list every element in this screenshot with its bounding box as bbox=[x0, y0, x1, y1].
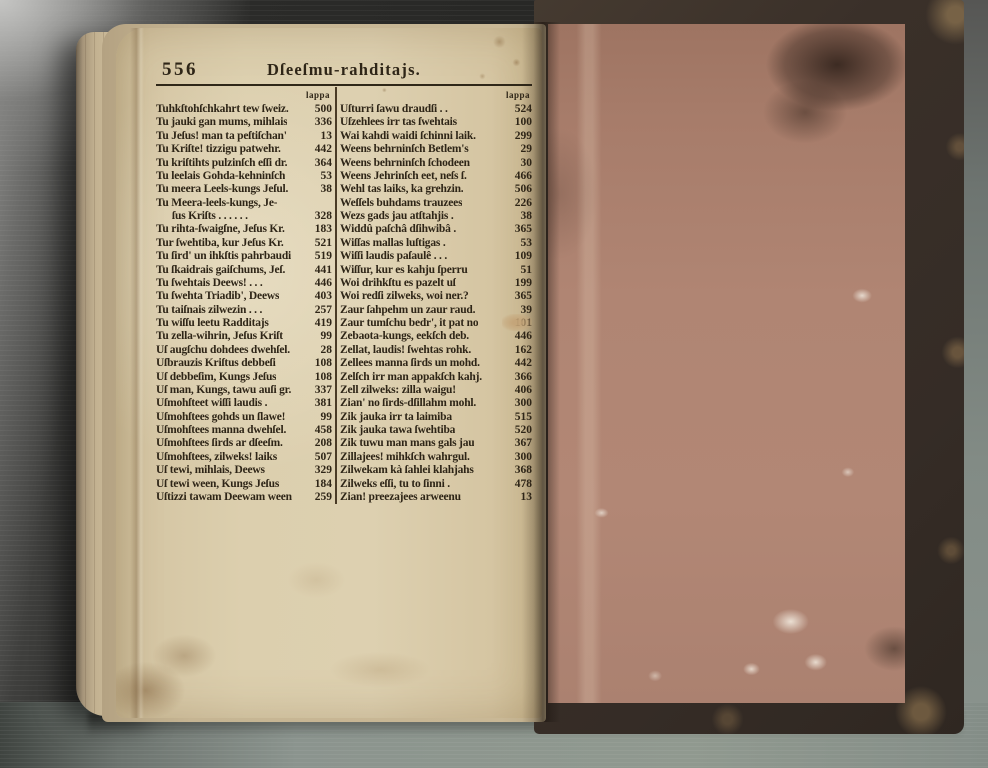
book-page: 556 Dſeeſmu-rahditajs. lappa Tuhkſtohſch… bbox=[116, 28, 542, 718]
entry-title: Uſmohſtees, zilweks! laiks bbox=[156, 451, 277, 464]
entry-page-number: 458 bbox=[309, 424, 332, 437]
entry-title: Zelſch irr man appakſch kahj. bbox=[340, 371, 482, 384]
inside-cover-paper bbox=[548, 24, 905, 703]
entry-title: Zaur tumſchu bedr', it pat no bbox=[340, 317, 478, 330]
entry-title: Weens behrninſch ſchodeen bbox=[340, 157, 470, 170]
entry-title: Uſmohſtees manna dwehſel. bbox=[156, 424, 286, 437]
index-column-right: lappa Uſturri ſawu draudſi . .524Uſzehle… bbox=[340, 87, 532, 504]
entry-title: Wiſſas mallas luſtigas . bbox=[340, 237, 446, 250]
index-entry: Zilwekam kà ſahlei klahjahs368 bbox=[340, 464, 532, 477]
book-gutter-shadow bbox=[522, 22, 560, 722]
index-entry: Tu meera Leels-kungs Jeſul.38 bbox=[156, 183, 332, 196]
entry-title: Woi drihkſtu es pazelt uſ bbox=[340, 277, 456, 290]
page-header: 556 Dſeeſmu-rahditajs. bbox=[156, 58, 532, 82]
entry-page-number: 507 bbox=[309, 451, 332, 464]
entry-title: Wai kahdi waidi ſchinni laik. bbox=[340, 130, 476, 143]
index-entry: Wai kahdi waidi ſchinni laik.299 bbox=[340, 130, 532, 143]
index-entry: Tu ſwehta Triadib', Deews403 bbox=[156, 290, 332, 303]
entry-title: Uſ debbeſim, Kungs Jeſus bbox=[156, 371, 276, 384]
entry-title: Uſturri ſawu draudſi . . bbox=[340, 103, 448, 116]
index-entry: Tu Jeſus! man ta peſtiſchan'13 bbox=[156, 130, 332, 143]
entries-right: Uſturri ſawu draudſi . .524Uſzehlees irr… bbox=[340, 103, 532, 504]
index-entry: Zik jauka tawa ſwehtiba520 bbox=[340, 424, 532, 437]
index-entry: Zik tuwu man mans gals jau367 bbox=[340, 437, 532, 450]
entry-title: Zebaota-kungs, eekſch deb. bbox=[340, 330, 469, 343]
index-entry: Tuhkſtohſchkahrt tew ſweiz.500 bbox=[156, 103, 332, 116]
entry-page-number: 521 bbox=[309, 237, 332, 250]
index-entry: Uſtizzi tawam Deewam ween259 bbox=[156, 491, 332, 504]
index-entry: Tu taiſnais zilwezin . . .257 bbox=[156, 304, 332, 317]
index-entry: Weſſels buhdams trauzees226 bbox=[340, 197, 532, 210]
entry-title: Weens behrninſch Betlem's bbox=[340, 143, 469, 156]
header-rule bbox=[156, 84, 532, 86]
column-header-lappa-left: lappa bbox=[156, 87, 332, 101]
index-entry: Zilweks eſſi, tu to ſinni .478 bbox=[340, 478, 532, 491]
entry-page-number: 337 bbox=[309, 384, 332, 397]
entry-page-number: 500 bbox=[309, 103, 332, 116]
entry-page-number: 419 bbox=[309, 317, 332, 330]
entry-title: Zilwekam kà ſahlei klahjahs bbox=[340, 464, 474, 477]
stain bbox=[502, 314, 532, 331]
entry-page-number: 446 bbox=[309, 277, 332, 290]
index-entry: Uſmohſtees, zilweks! laiks507 bbox=[156, 451, 332, 464]
index-entry: Uſ tewi ween, Kungs Jeſus184 bbox=[156, 478, 332, 491]
entry-page-number: 328 bbox=[309, 210, 332, 223]
entry-title: Uſzehlees irr tas ſwehtais bbox=[340, 116, 457, 129]
entry-page-number: 336 bbox=[309, 116, 332, 129]
page-number: 556 bbox=[162, 58, 198, 82]
page-content: 556 Dſeeſmu-rahditajs. lappa Tuhkſtohſch… bbox=[156, 58, 532, 504]
entry-title: Uſmohſteet wiſſi laudis . bbox=[156, 397, 267, 410]
index-entry: Uſturri ſawu draudſi . .524 bbox=[340, 103, 532, 116]
index-entry: Weens Jehrinſch eet, neſs ſ.466 bbox=[340, 170, 532, 183]
entry-page-number: 381 bbox=[309, 397, 332, 410]
index-entry: Uſ debbeſim, Kungs Jeſus108 bbox=[156, 371, 332, 384]
entry-title: Zellees manna ſirds un mohd. bbox=[340, 357, 480, 370]
entry-title: Uſmohſtees gohds un ſlawe! bbox=[156, 411, 285, 424]
entry-title: Tur ſwehtiba, kur Jeſus Kr. bbox=[156, 237, 284, 250]
entry-title: Uſ tewi ween, Kungs Jeſus bbox=[156, 478, 279, 491]
index-entry: Tu rihta-ſwaigſne, Jeſus Kr.183 bbox=[156, 223, 332, 236]
entry-page-number: 99 bbox=[309, 330, 332, 343]
entry-title: Widdû paſchâ dſihwibâ . bbox=[340, 223, 456, 236]
index-entry: Tu ſwehtais Deews! . . .446 bbox=[156, 277, 332, 290]
entry-title: Zilweks eſſi, tu to ſinni . bbox=[340, 478, 450, 491]
entry-page-number: 184 bbox=[309, 478, 332, 491]
index-entry: Uſmohſtees ſirds ar dſeeſm.208 bbox=[156, 437, 332, 450]
index-entry: Woi redſi zilweks, woi ner.?365 bbox=[340, 290, 532, 303]
entry-title: Zillajees! mihkſch wahrgul. bbox=[340, 451, 470, 464]
index-entry: Zian' no ſirds-dſillahm mohl.300 bbox=[340, 397, 532, 410]
entry-title: Tu leelais Gohda-kehninſch bbox=[156, 170, 285, 183]
entry-title: Zik tuwu man mans gals jau bbox=[340, 437, 474, 450]
index-entry: Tu Meera-leels-kungs, Je- bbox=[156, 197, 332, 210]
index-entry: Uſmohſtees manna dwehſel.458 bbox=[156, 424, 332, 437]
entries-left: Tuhkſtohſchkahrt tew ſweiz.500Tu jauki g… bbox=[156, 103, 332, 504]
entry-title: Wehl tas laiks, ka grehzin. bbox=[340, 183, 463, 196]
entry-title: Zell zilweks: zilla waigu! bbox=[340, 384, 456, 397]
page-title: Dſeeſmu-rahditajs. bbox=[156, 58, 532, 82]
entry-title: Zellat, laudis! ſwehtas rohk. bbox=[340, 344, 471, 357]
index-entry: Tu Kriſte! tizzigu patwehr.442 bbox=[156, 143, 332, 156]
index-entry: Uſ tewi, mihlais, Deews329 bbox=[156, 464, 332, 477]
entry-title: Uſ man, Kungs, tawu auſi gr. bbox=[156, 384, 291, 397]
index-entry: Zillajees! mihkſch wahrgul.300 bbox=[340, 451, 532, 464]
index-entry: Uſ man, Kungs, tawu auſi gr.337 bbox=[156, 384, 332, 397]
index-entry: Tu ſird' un ihkſtis pahrbaudi519 bbox=[156, 250, 332, 263]
entry-page-number: 519 bbox=[309, 250, 332, 263]
entry-title: Weens Jehrinſch eet, neſs ſ. bbox=[340, 170, 467, 183]
entry-title: Zik jauka irr ta laimiba bbox=[340, 411, 452, 424]
entry-title: Tu jauki gan mums, mihlais bbox=[156, 116, 287, 129]
entry-title: Tu kriſtihts pulzinſch eſſi dr. bbox=[156, 157, 287, 170]
entry-page-number: 403 bbox=[309, 290, 332, 303]
entry-title: Tu Jeſus! man ta peſtiſchan' bbox=[156, 130, 287, 143]
entry-title: Tu Kriſte! tizzigu patwehr. bbox=[156, 143, 281, 156]
index-entry: Uſ augſchu dohdees dwehſel.28 bbox=[156, 344, 332, 357]
index-entry: Tu wiſſu leetu Radditajs419 bbox=[156, 317, 332, 330]
entry-title: ſus Kriſts . . . . . . bbox=[156, 210, 248, 223]
entry-title: Uſ augſchu dohdees dwehſel. bbox=[156, 344, 290, 357]
entry-page-number: 364 bbox=[309, 157, 332, 170]
entry-page-number: 208 bbox=[309, 437, 332, 450]
index-entry: Wiſſi laudis paſaulê . . .109 bbox=[340, 250, 532, 263]
book-scan-photo: 556 Dſeeſmu-rahditajs. lappa Tuhkſtohſch… bbox=[0, 0, 988, 768]
entry-title: Uſbrauzis Kriſtus debbeſi bbox=[156, 357, 276, 370]
entry-page-number: 53 bbox=[309, 170, 332, 183]
entry-page-number: 259 bbox=[309, 491, 332, 504]
entry-page-number: 442 bbox=[309, 143, 332, 156]
index-entry: Widdû paſchâ dſihwibâ .365 bbox=[340, 223, 532, 236]
entry-title: Tu wiſſu leetu Radditajs bbox=[156, 317, 269, 330]
column-divider bbox=[335, 87, 337, 504]
entry-title: Wiſſur, kur es kahju ſperru bbox=[340, 264, 468, 277]
index-entry: Tu kriſtihts pulzinſch eſſi dr.364 bbox=[156, 157, 332, 170]
column-header-lappa-right: lappa bbox=[340, 87, 532, 101]
index-entry: Uſmohſteet wiſſi laudis .381 bbox=[156, 397, 332, 410]
entry-page-number bbox=[309, 197, 332, 210]
index-entry: Tu leelais Gohda-kehninſch53 bbox=[156, 170, 332, 183]
index-entry: Zian! preezajees arweenu13 bbox=[340, 491, 532, 504]
entry-title: Weſſels buhdams trauzees bbox=[340, 197, 462, 210]
entry-title: Woi redſi zilweks, woi ner.? bbox=[340, 290, 469, 303]
index-entry: Zebaota-kungs, eekſch deb.446 bbox=[340, 330, 532, 343]
entry-title: Tu rihta-ſwaigſne, Jeſus Kr. bbox=[156, 223, 285, 236]
entry-page-number: 99 bbox=[309, 411, 332, 424]
index-entry: Zellees manna ſirds un mohd.442 bbox=[340, 357, 532, 370]
entry-title: Uſmohſtees ſirds ar dſeeſm. bbox=[156, 437, 283, 450]
entry-title: Wezs gads jau atſtahjis . bbox=[340, 210, 454, 223]
entry-page-number: 108 bbox=[309, 357, 332, 370]
index-entry: Woi drihkſtu es pazelt uſ199 bbox=[340, 277, 532, 290]
index-entry: Zellat, laudis! ſwehtas rohk.162 bbox=[340, 344, 532, 357]
entry-title: Zian! preezajees arweenu bbox=[340, 491, 461, 504]
entry-page-number: 441 bbox=[309, 264, 332, 277]
entry-title: Zaur ſahpehm un zaur raud. bbox=[340, 304, 475, 317]
entry-page-number: 13 bbox=[309, 130, 332, 143]
index-entry: Weens behrninſch ſchodeen30 bbox=[340, 157, 532, 170]
index-entry: Uſbrauzis Kriſtus debbeſi108 bbox=[156, 357, 332, 370]
index-entry: ſus Kriſts . . . . . .328 bbox=[156, 210, 332, 223]
entry-title: Tu ſwehtais Deews! . . . bbox=[156, 277, 263, 290]
entry-title: Wiſſi laudis paſaulê . . . bbox=[340, 250, 447, 263]
index-entry: Tu zella-wihrin, Jeſus Kriſt99 bbox=[156, 330, 332, 343]
entry-title: Tuhkſtohſchkahrt tew ſweiz. bbox=[156, 103, 289, 116]
index-columns: lappa Tuhkſtohſchkahrt tew ſweiz.500Tu j… bbox=[156, 87, 532, 504]
index-entry: Zell zilweks: zilla waigu!406 bbox=[340, 384, 532, 397]
index-entry: Zik jauka irr ta laimiba515 bbox=[340, 411, 532, 424]
index-entry: Wezs gads jau atſtahjis .38 bbox=[340, 210, 532, 223]
index-entry: Tu ſkaidrais gaiſchums, Jeſ.441 bbox=[156, 264, 332, 277]
index-entry: Tur ſwehtiba, kur Jeſus Kr.521 bbox=[156, 237, 332, 250]
index-entry: Wehl tas laiks, ka grehzin.506 bbox=[340, 183, 532, 196]
entry-page-number: 183 bbox=[309, 223, 332, 236]
entry-title: Zian' no ſirds-dſillahm mohl. bbox=[340, 397, 476, 410]
entry-title: Uſtizzi tawam Deewam ween bbox=[156, 491, 292, 504]
entry-page-number: 108 bbox=[309, 371, 332, 384]
entry-title: Tu ſird' un ihkſtis pahrbaudi bbox=[156, 250, 291, 263]
entry-title: Uſ tewi, mihlais, Deews bbox=[156, 464, 265, 477]
entry-title: Tu zella-wihrin, Jeſus Kriſt bbox=[156, 330, 283, 343]
index-entry: Zelſch irr man appakſch kahj.366 bbox=[340, 371, 532, 384]
entry-title: Tu meera Leels-kungs Jeſul. bbox=[156, 183, 288, 196]
index-entry: Tu jauki gan mums, mihlais336 bbox=[156, 116, 332, 129]
entry-title: Zik jauka tawa ſwehtiba bbox=[340, 424, 455, 437]
index-entry: Wiſſur, kur es kahju ſperru51 bbox=[340, 264, 532, 277]
index-entry: Uſzehlees irr tas ſwehtais100 bbox=[340, 116, 532, 129]
index-entry: Uſmohſtees gohds un ſlawe!99 bbox=[156, 411, 332, 424]
entry-page-number: 38 bbox=[309, 183, 332, 196]
entry-title: Tu ſkaidrais gaiſchums, Jeſ. bbox=[156, 264, 285, 277]
entry-title: Tu Meera-leels-kungs, Je- bbox=[156, 197, 277, 210]
entry-title: Tu taiſnais zilwezin . . . bbox=[156, 304, 262, 317]
entry-title: Tu ſwehta Triadib', Deews bbox=[156, 290, 279, 303]
entry-page-number: 329 bbox=[309, 464, 332, 477]
index-entry: Weens behrninſch Betlem's29 bbox=[340, 143, 532, 156]
index-entry: Wiſſas mallas luſtigas .53 bbox=[340, 237, 532, 250]
entry-page-number: 28 bbox=[309, 344, 332, 357]
entry-page-number: 257 bbox=[309, 304, 332, 317]
index-column-left: lappa Tuhkſtohſchkahrt tew ſweiz.500Tu j… bbox=[156, 87, 332, 504]
